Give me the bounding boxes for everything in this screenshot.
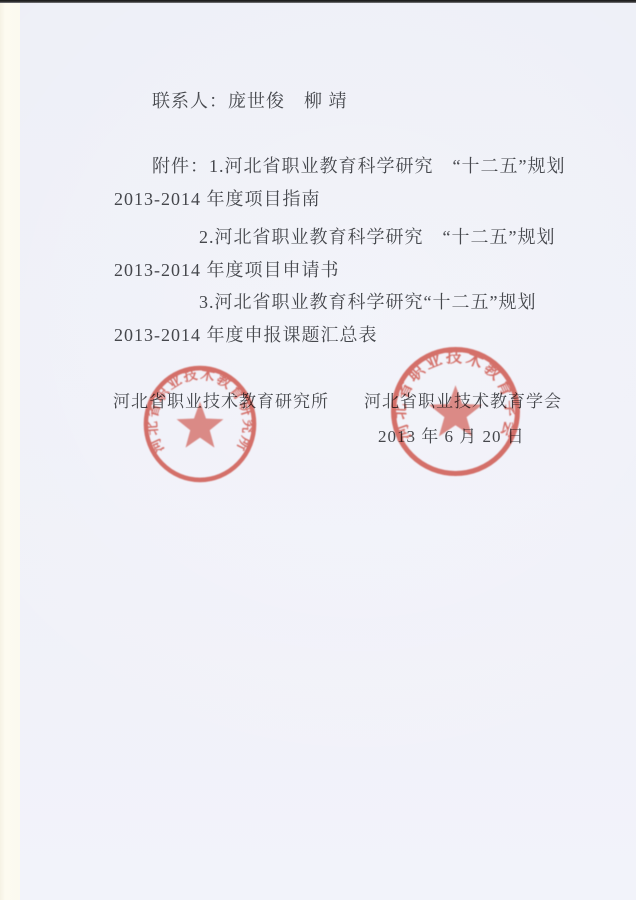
seal-left-graphic: 河北省职业技术教育研究所 (141, 363, 259, 485)
attachment-line-4: 2013-2014 年度项目申请书 (114, 260, 340, 280)
star-icon (177, 402, 224, 448)
attachment-line-3: 2.河北省职业教育科学研究 “十二五”规划 (199, 227, 555, 247)
contact-line: 联系人：庞世俊 柳 靖 (152, 91, 348, 111)
scanned-paper (20, 0, 636, 900)
official-seal-right: 河北省职业技术教育学会 (388, 344, 523, 479)
seal-right-graphic: 河北省职业技术教育学会 (388, 344, 523, 479)
scan-top-edge (0, 0, 636, 3)
official-seal-left: 河北省职业技术教育研究所 (141, 363, 259, 485)
scanner-bed-strip (0, 0, 20, 900)
star-icon (429, 385, 483, 436)
attachment-line-2: 2013-2014 年度项目指南 (114, 189, 321, 209)
attachment-line-6: 2013-2014 年度申报课题汇总表 (114, 325, 378, 345)
attachment-line-5: 3.河北省职业教育科学研究“十二五”规划 (199, 292, 536, 312)
attachment-line-1: 附件：1.河北省职业教育科学研究 “十二五”规划 (152, 156, 565, 176)
